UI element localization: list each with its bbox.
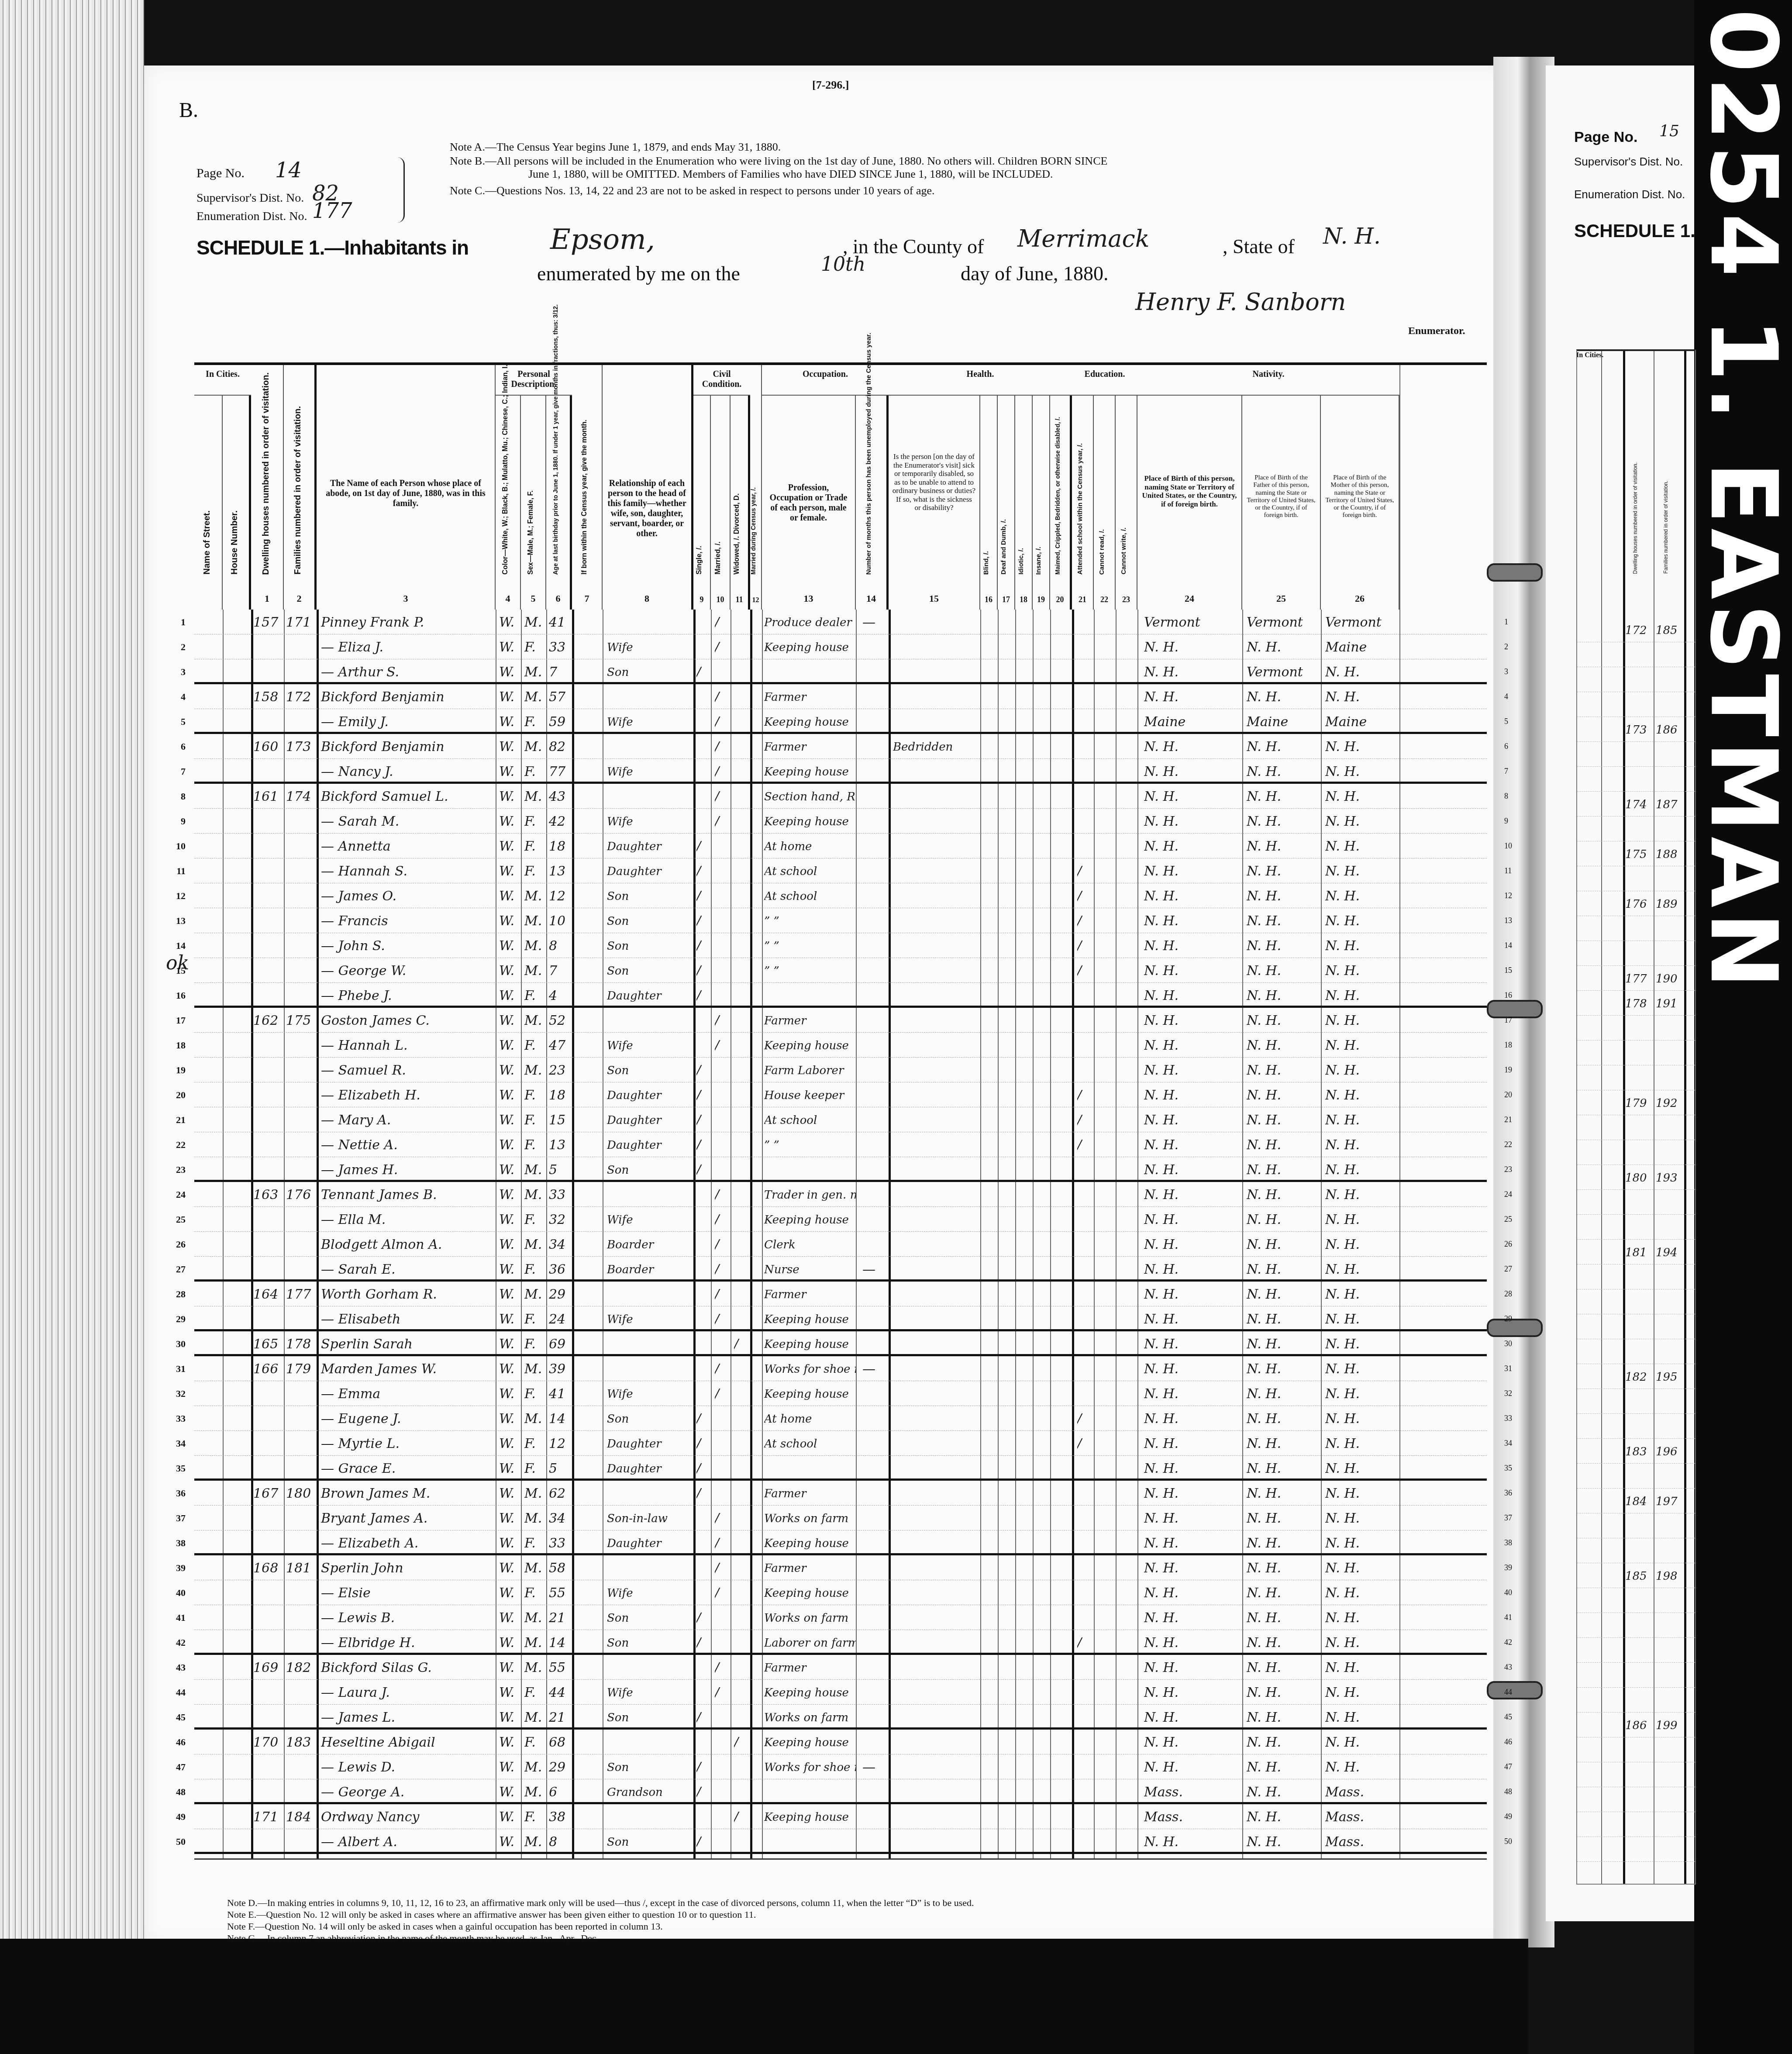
birthplace: N. H. bbox=[1144, 1058, 1240, 1082]
note-c: Note C.—Questions Nos. 13, 14, 22 and 23… bbox=[450, 184, 935, 197]
col-header-street: Name of Street. bbox=[194, 396, 223, 610]
single-mark: / bbox=[696, 1157, 710, 1182]
occupation: At home bbox=[764, 834, 856, 858]
header-brace bbox=[397, 157, 405, 223]
mother-birthplace: N. H. bbox=[1325, 1207, 1399, 1232]
right-dwelling-number: 181 bbox=[1625, 1240, 1647, 1265]
census-row: 1212— James O.W.M.12Son/At school/N. H.N… bbox=[194, 883, 1487, 908]
birthplace: N. H. bbox=[1144, 908, 1240, 933]
line-number-right: 19 bbox=[1504, 1058, 1517, 1082]
mother-birthplace: N. H. bbox=[1325, 1481, 1399, 1506]
line-number-right: 12 bbox=[1504, 883, 1517, 908]
widowed-mark bbox=[734, 1381, 747, 1406]
father-birthplace: N. H. bbox=[1247, 1306, 1321, 1331]
line-number: 29 bbox=[168, 1306, 186, 1331]
right-row bbox=[1577, 692, 1695, 717]
age: 14 bbox=[549, 1630, 572, 1655]
family-number: 175 bbox=[286, 1008, 317, 1033]
occupation: Keeping house bbox=[764, 1033, 856, 1058]
widowed-mark bbox=[734, 858, 747, 883]
occupation: Keeping house bbox=[764, 1381, 856, 1406]
married-mark: / bbox=[715, 1655, 728, 1680]
relationship: Wife bbox=[607, 1381, 692, 1406]
single-mark bbox=[696, 610, 710, 634]
line-number: 44 bbox=[168, 1680, 186, 1705]
sickness bbox=[893, 1481, 980, 1506]
months-unemployed bbox=[862, 1730, 889, 1754]
line-number-right: 42 bbox=[1504, 1630, 1517, 1655]
married-mark: / bbox=[715, 1207, 728, 1232]
birthplace: N. H. bbox=[1144, 1257, 1240, 1282]
father-birthplace: N. H. bbox=[1247, 1381, 1321, 1406]
census-row: 66160173Bickford BenjaminW.M.82/FarmerBe… bbox=[194, 734, 1487, 759]
sickness bbox=[893, 1232, 980, 1257]
right-row: 183196 bbox=[1577, 1439, 1695, 1464]
state-label: , State of bbox=[1223, 235, 1295, 258]
months-unemployed bbox=[862, 1630, 889, 1655]
birthplace: Vermont bbox=[1144, 610, 1240, 634]
note-f: Note F.—Question No. 14 will only be ask… bbox=[227, 1921, 663, 1932]
months-unemployed bbox=[862, 1829, 889, 1854]
relationship: Daughter bbox=[607, 1107, 692, 1132]
right-row bbox=[1577, 1688, 1695, 1713]
single-mark bbox=[696, 1207, 710, 1232]
age: 4 bbox=[549, 983, 572, 1008]
person-name: — Arthur S. bbox=[321, 659, 496, 684]
attended-school-mark bbox=[1077, 1506, 1095, 1530]
age: 13 bbox=[549, 858, 572, 883]
occupation: ” ” bbox=[764, 1132, 856, 1157]
occupation: Trader in gen. merchandise bbox=[764, 1182, 856, 1207]
birthplace: N. H. bbox=[1144, 1033, 1240, 1058]
age: 58 bbox=[549, 1555, 572, 1580]
line-number-right: 30 bbox=[1504, 1331, 1517, 1356]
col-header-blind: Blind, /.16 bbox=[980, 396, 998, 610]
birthplace: N. H. bbox=[1144, 659, 1240, 684]
single-mark bbox=[696, 1580, 710, 1605]
sex: M. bbox=[524, 1182, 546, 1207]
family-number: 183 bbox=[286, 1730, 317, 1754]
age: 34 bbox=[549, 1232, 572, 1257]
widowed-mark bbox=[734, 684, 747, 709]
line-number: 20 bbox=[168, 1082, 186, 1107]
sex: F. bbox=[524, 1431, 546, 1456]
father-birthplace: N. H. bbox=[1247, 1331, 1321, 1356]
relationship: Daughter bbox=[607, 1431, 692, 1456]
age: 10 bbox=[549, 908, 572, 933]
dwelling-number bbox=[253, 1456, 284, 1481]
color: W. bbox=[499, 1008, 521, 1033]
attended-school-mark: / bbox=[1077, 908, 1095, 933]
sex: M. bbox=[524, 1829, 546, 1854]
married-mark: / bbox=[715, 1356, 728, 1381]
sex: M. bbox=[524, 1705, 546, 1730]
right-family-number: 192 bbox=[1656, 1090, 1678, 1115]
color: W. bbox=[499, 933, 521, 958]
line-number-right: 5 bbox=[1504, 709, 1517, 734]
sickness bbox=[893, 1580, 980, 1605]
family-number: 184 bbox=[286, 1804, 317, 1829]
single-mark: / bbox=[696, 1132, 710, 1157]
right-row bbox=[1577, 1787, 1695, 1812]
right-supervisor-label: Supervisor's Dist. No. bbox=[1574, 155, 1683, 169]
months-unemployed bbox=[862, 834, 889, 858]
line-number-right: 49 bbox=[1504, 1804, 1517, 1829]
mother-birthplace: N. H. bbox=[1325, 759, 1399, 784]
widowed-mark bbox=[734, 834, 747, 858]
right-family-number: 187 bbox=[1656, 792, 1678, 817]
family-number bbox=[286, 933, 317, 958]
mother-birthplace: N. H. bbox=[1325, 983, 1399, 1008]
married-mark: / bbox=[715, 1580, 728, 1605]
sex: M. bbox=[524, 1157, 546, 1182]
widowed-mark bbox=[734, 1605, 747, 1630]
census-row: 1010— AnnettaW.F.18Daughter/At homeN. H.… bbox=[194, 834, 1487, 858]
line-number: 11 bbox=[168, 858, 186, 883]
enumeration-day: 10th bbox=[821, 253, 865, 276]
mother-birthplace: N. H. bbox=[1325, 659, 1399, 684]
right-row bbox=[1577, 1215, 1695, 1240]
months-unemployed bbox=[862, 1555, 889, 1580]
married-mark bbox=[715, 858, 728, 883]
single-mark: / bbox=[696, 659, 710, 684]
right-dwelling-number: 185 bbox=[1625, 1563, 1647, 1588]
months-unemployed bbox=[862, 784, 889, 809]
relationship bbox=[607, 610, 692, 634]
widowed-mark bbox=[734, 958, 747, 983]
color: W. bbox=[499, 983, 521, 1008]
occupation: Farmer bbox=[764, 1282, 856, 1306]
attended-school-mark bbox=[1077, 1058, 1095, 1082]
line-number-right: 13 bbox=[1504, 908, 1517, 933]
family-number bbox=[286, 834, 317, 858]
birthplace: N. H. bbox=[1144, 1282, 1240, 1306]
mother-birthplace: N. H. bbox=[1325, 1282, 1399, 1306]
line-number: 4 bbox=[168, 684, 186, 709]
married-mark: / bbox=[715, 1555, 728, 1580]
dwelling-number bbox=[253, 1605, 284, 1630]
age: 8 bbox=[549, 933, 572, 958]
dwelling-number bbox=[253, 958, 284, 983]
mother-birthplace: N. H. bbox=[1325, 1082, 1399, 1107]
widowed-mark bbox=[734, 1630, 747, 1655]
right-row: 181194 bbox=[1577, 1240, 1695, 1265]
person-name: — Sarah E. bbox=[321, 1257, 496, 1282]
line-number: 7 bbox=[168, 759, 186, 784]
family-number bbox=[286, 634, 317, 659]
months-unemployed bbox=[862, 734, 889, 759]
widowed-mark bbox=[734, 1655, 747, 1680]
color: W. bbox=[499, 1630, 521, 1655]
single-mark: / bbox=[696, 908, 710, 933]
line-number: 31 bbox=[168, 1356, 186, 1381]
relationship: Wife bbox=[607, 709, 692, 734]
color: W. bbox=[499, 883, 521, 908]
widowed-mark bbox=[734, 1033, 747, 1058]
relationship: Son bbox=[607, 659, 692, 684]
family-number: 174 bbox=[286, 784, 317, 809]
relationship: Wife bbox=[607, 1033, 692, 1058]
birthplace: N. H. bbox=[1144, 1132, 1240, 1157]
relationship bbox=[607, 784, 692, 809]
widowed-mark bbox=[734, 1705, 747, 1730]
age: 82 bbox=[549, 734, 572, 759]
married-mark: / bbox=[715, 1033, 728, 1058]
sex: M. bbox=[524, 883, 546, 908]
color: W. bbox=[499, 1655, 521, 1680]
sickness bbox=[893, 1157, 980, 1182]
sickness bbox=[893, 983, 980, 1008]
line-number-right: 21 bbox=[1504, 1107, 1517, 1132]
census-row: 3939168181Sperlin JohnW.M.58/FarmerN. H.… bbox=[194, 1555, 1487, 1580]
attended-school-mark bbox=[1077, 1157, 1095, 1182]
single-mark: / bbox=[696, 1705, 710, 1730]
right-row bbox=[1577, 1638, 1695, 1663]
dwelling-number bbox=[253, 933, 284, 958]
dwelling-number bbox=[253, 883, 284, 908]
occupation: Keeping house bbox=[764, 1530, 856, 1555]
sickness bbox=[893, 784, 980, 809]
census-row: 1111— Hannah S.W.F.13Daughter/At school/… bbox=[194, 858, 1487, 883]
married-mark: / bbox=[715, 1008, 728, 1033]
sex: M. bbox=[524, 1655, 546, 1680]
right-dwelling-number: 174 bbox=[1625, 792, 1647, 817]
married-mark bbox=[715, 1804, 728, 1829]
relationship: Wife bbox=[607, 809, 692, 834]
sickness bbox=[893, 1530, 980, 1555]
mother-birthplace: N. H. bbox=[1325, 1107, 1399, 1132]
line-number-right: 14 bbox=[1504, 933, 1517, 958]
mother-birthplace: Maine bbox=[1325, 634, 1399, 659]
person-name: — Eugene J. bbox=[321, 1406, 496, 1431]
mother-birthplace: N. H. bbox=[1325, 908, 1399, 933]
married-mark bbox=[715, 933, 728, 958]
sickness bbox=[893, 908, 980, 933]
census-row: 2020— Elizabeth H.W.F.18Daughter/House k… bbox=[194, 1082, 1487, 1107]
dwelling-number bbox=[253, 1132, 284, 1157]
line-number-right: 48 bbox=[1504, 1779, 1517, 1804]
person-name: — Lewis D. bbox=[321, 1754, 496, 1779]
widowed-mark bbox=[734, 1282, 747, 1306]
dwelling-number: 157 bbox=[253, 610, 284, 634]
right-dwelling-number: 182 bbox=[1625, 1364, 1647, 1389]
widowed-mark bbox=[734, 734, 747, 759]
mother-birthplace: N. H. bbox=[1325, 1431, 1399, 1456]
months-unemployed bbox=[862, 659, 889, 684]
census-row: 22— Eliza J.W.F.33Wife/Keeping houseN. H… bbox=[194, 634, 1487, 659]
line-number: 26 bbox=[168, 1232, 186, 1257]
census-row: 44158172Bickford BenjaminW.M.57/FarmerN.… bbox=[194, 684, 1487, 709]
sex: F. bbox=[524, 1580, 546, 1605]
married-mark: / bbox=[715, 1182, 728, 1207]
months-unemployed bbox=[862, 709, 889, 734]
dwelling-number bbox=[253, 1431, 284, 1456]
single-mark bbox=[696, 809, 710, 834]
father-birthplace: N. H. bbox=[1247, 1356, 1321, 1381]
mother-birthplace: N. H. bbox=[1325, 1555, 1399, 1580]
person-name: — Elizabeth H. bbox=[321, 1082, 496, 1107]
line-number: 13 bbox=[168, 908, 186, 933]
dwelling-number: 168 bbox=[253, 1555, 284, 1580]
married-mark bbox=[715, 958, 728, 983]
attended-school-mark: / bbox=[1077, 1107, 1095, 1132]
mother-birthplace: N. H. bbox=[1325, 1630, 1399, 1655]
age: 12 bbox=[549, 1431, 572, 1456]
occupation: Keeping house bbox=[764, 709, 856, 734]
father-birthplace: N. H. bbox=[1247, 634, 1321, 659]
right-family-number: 185 bbox=[1656, 617, 1678, 642]
right-row: 179192 bbox=[1577, 1090, 1695, 1115]
relationship bbox=[607, 1331, 692, 1356]
relationship: Son bbox=[607, 1829, 692, 1854]
mother-birthplace: N. H. bbox=[1325, 1157, 1399, 1182]
census-row: 3737Bryant James A.W.M.34Son-in-law/Work… bbox=[194, 1506, 1487, 1530]
relationship bbox=[607, 1655, 692, 1680]
attended-school-mark: / bbox=[1077, 958, 1095, 983]
right-row bbox=[1577, 1538, 1695, 1563]
sickness bbox=[893, 634, 980, 659]
father-birthplace: N. H. bbox=[1247, 834, 1321, 858]
state-name: N. H. bbox=[1323, 224, 1381, 249]
occupation: At school bbox=[764, 1431, 856, 1456]
enumeration-dist-label: Enumeration Dist. No. bbox=[196, 210, 307, 224]
right-row bbox=[1577, 642, 1695, 667]
family-number bbox=[286, 809, 317, 834]
relationship: Son-in-law bbox=[607, 1506, 692, 1530]
father-birthplace: N. H. bbox=[1247, 1232, 1321, 1257]
right-row bbox=[1577, 1414, 1695, 1439]
birthplace: N. H. bbox=[1144, 834, 1240, 858]
person-name: Blodgett Almon A. bbox=[321, 1232, 496, 1257]
widowed-mark bbox=[734, 1431, 747, 1456]
color: W. bbox=[499, 1182, 521, 1207]
single-mark: / bbox=[696, 883, 710, 908]
mother-birthplace: N. H. bbox=[1325, 1257, 1399, 1282]
census-row: 2727— Sarah E.W.F.36Boarder/Nurse—N. H.N… bbox=[194, 1257, 1487, 1282]
person-name: Sperlin Sarah bbox=[321, 1331, 496, 1356]
line-number: 25 bbox=[168, 1207, 186, 1232]
binder-ring bbox=[1487, 563, 1543, 582]
single-mark: / bbox=[696, 1406, 710, 1431]
months-unemployed: — bbox=[862, 1257, 889, 1282]
dwelling-number bbox=[253, 1705, 284, 1730]
line-number-right: 16 bbox=[1504, 983, 1517, 1008]
family-number bbox=[286, 1306, 317, 1331]
census-row: 2828164177Worth Gorham R.W.M.29/FarmerN.… bbox=[194, 1282, 1487, 1306]
line-number-right: 24 bbox=[1504, 1182, 1517, 1207]
relationship bbox=[607, 1356, 692, 1381]
col-header-father-birthplace: Place of Birth of the Father of this per… bbox=[1242, 396, 1321, 610]
dwelling-number bbox=[253, 1630, 284, 1655]
person-name: — John S. bbox=[321, 933, 496, 958]
color: W. bbox=[499, 1406, 521, 1431]
sex: M. bbox=[524, 734, 546, 759]
age: 6 bbox=[549, 1779, 572, 1804]
single-mark bbox=[696, 1804, 710, 1829]
line-number: 39 bbox=[168, 1555, 186, 1580]
mother-birthplace: N. H. bbox=[1325, 1306, 1399, 1331]
father-birthplace: N. H. bbox=[1247, 1282, 1321, 1306]
census-row: 33— Arthur S.W.M.7Son/N. H.VermontN. H. bbox=[194, 659, 1487, 684]
line-number: 8 bbox=[168, 784, 186, 809]
family-number bbox=[286, 1754, 317, 1779]
line-number-right: 39 bbox=[1504, 1555, 1517, 1580]
sickness bbox=[893, 1008, 980, 1033]
family-number bbox=[286, 709, 317, 734]
right-family-number: 191 bbox=[1656, 991, 1678, 1016]
birthplace: Mass. bbox=[1144, 1779, 1240, 1804]
single-mark bbox=[696, 1257, 710, 1282]
family-number bbox=[286, 1580, 317, 1605]
months-unemployed bbox=[862, 933, 889, 958]
months-unemployed bbox=[862, 1331, 889, 1356]
right-row bbox=[1577, 916, 1695, 941]
census-row: 3131166179Marden James W.W.M.39/Works fo… bbox=[194, 1356, 1487, 1381]
dwelling-number: 169 bbox=[253, 1655, 284, 1680]
sex: M. bbox=[524, 659, 546, 684]
father-birthplace: N. H. bbox=[1247, 1804, 1321, 1829]
attended-school-mark: / bbox=[1077, 1132, 1095, 1157]
married-mark: / bbox=[715, 1381, 728, 1406]
occupation: Farmer bbox=[764, 1655, 856, 1680]
line-number: 49 bbox=[168, 1804, 186, 1829]
right-dwelling-number: 173 bbox=[1625, 717, 1647, 742]
father-birthplace: N. H. bbox=[1247, 1456, 1321, 1481]
father-birthplace: N. H. bbox=[1247, 1506, 1321, 1530]
line-number: 16 bbox=[168, 983, 186, 1008]
color: W. bbox=[499, 858, 521, 883]
color: W. bbox=[499, 1356, 521, 1381]
widowed-mark bbox=[734, 1207, 747, 1232]
age: 21 bbox=[549, 1605, 572, 1630]
single-mark bbox=[696, 1232, 710, 1257]
sickness bbox=[893, 759, 980, 784]
father-birthplace: N. H. bbox=[1247, 1680, 1321, 1705]
months-unemployed bbox=[862, 908, 889, 933]
right-family-number: 186 bbox=[1656, 717, 1678, 742]
family-number bbox=[286, 1033, 317, 1058]
mother-birthplace: N. H. bbox=[1325, 1356, 1399, 1381]
age: 23 bbox=[549, 1058, 572, 1082]
mother-birthplace: Mass. bbox=[1325, 1829, 1399, 1854]
months-unemployed bbox=[862, 1033, 889, 1058]
line-number: 17 bbox=[168, 1008, 186, 1033]
dwelling-number: 167 bbox=[253, 1481, 284, 1506]
right-row bbox=[1577, 1041, 1695, 1065]
months-unemployed bbox=[862, 634, 889, 659]
widowed-mark bbox=[734, 1530, 747, 1555]
age: 33 bbox=[549, 634, 572, 659]
birthplace: N. H. bbox=[1144, 1630, 1240, 1655]
right-family-number: 195 bbox=[1656, 1364, 1678, 1389]
attended-school-mark bbox=[1077, 1306, 1095, 1331]
relationship: Son bbox=[607, 1605, 692, 1630]
dwelling-number bbox=[253, 1107, 284, 1132]
sickness bbox=[893, 1754, 980, 1779]
note-a: Note A.—The Census Year begins June 1, 1… bbox=[450, 141, 781, 154]
schedule-title: SCHEDULE 1.—Inhabitants in bbox=[196, 236, 469, 259]
widowed-mark bbox=[734, 1157, 747, 1182]
sickness bbox=[893, 1705, 980, 1730]
relationship: Son bbox=[607, 1630, 692, 1655]
mother-birthplace: N. H. bbox=[1325, 1705, 1399, 1730]
relationship bbox=[607, 734, 692, 759]
months-unemployed: — bbox=[862, 1356, 889, 1381]
right-row bbox=[1577, 1613, 1695, 1638]
family-number bbox=[286, 1132, 317, 1157]
age: 33 bbox=[549, 1182, 572, 1207]
family-number bbox=[286, 1207, 317, 1232]
